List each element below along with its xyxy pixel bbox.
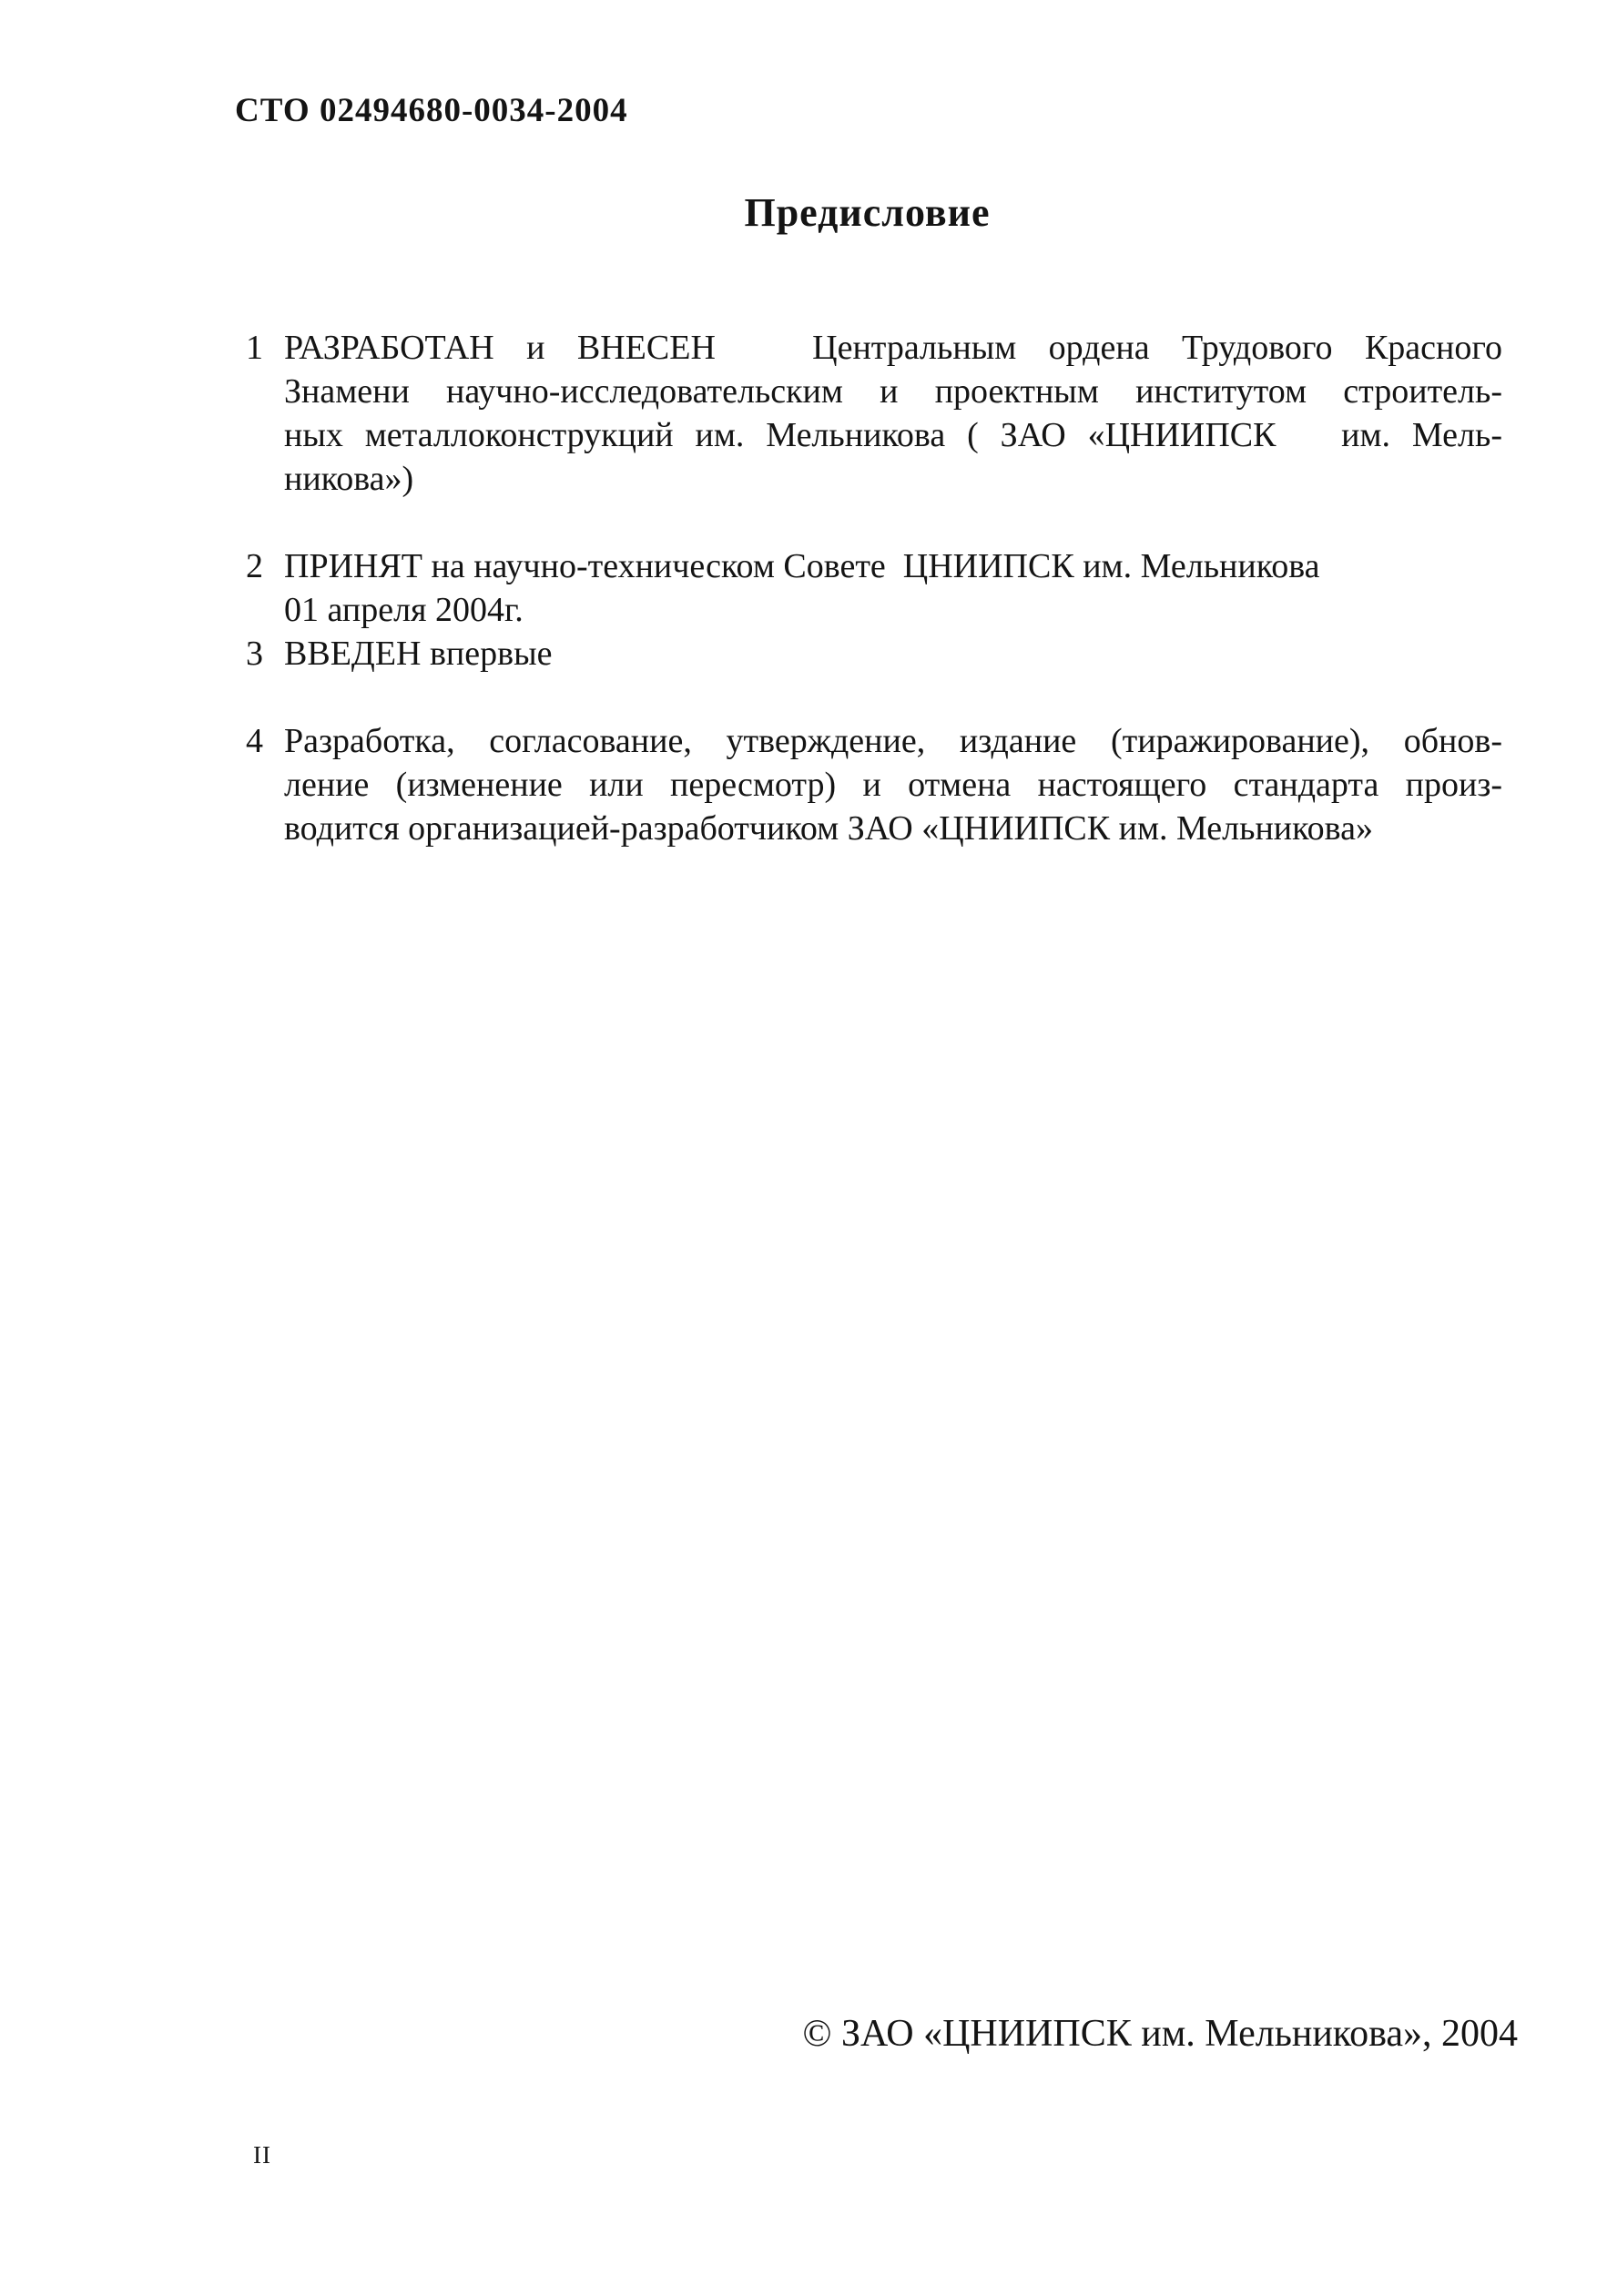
text-line: никова») [284,457,1502,501]
foreword-item-3: 3 ВВЕДЕН впервые [246,632,1502,676]
text-line: водится организацией-разработчиком ЗАО «… [284,807,1502,850]
page-title: Предисловие [232,189,1502,236]
document-code: СТО 02494680-0034-2004 [235,91,628,130]
item-text: ВВЕДЕН впервые [284,632,1502,676]
text-line: Разработка, согласование, утверждение, и… [284,719,1502,763]
item-text: Разработка, согласование, утверждение, и… [284,719,1502,850]
item-text: РАЗРАБОТАН и ВНЕСЕН Центральным ордена Т… [284,326,1502,501]
foreword-item-2: 2 ПРИНЯТ на научно-техническом Совете ЦН… [246,544,1502,632]
copyright-line: © ЗАО «ЦНИИПСК им. Мельникова», 2004 [803,2012,1518,2056]
item-number: 1 [246,326,284,370]
page-number: II [253,2141,271,2169]
text-line: Знамени научно-исследовательским и проек… [284,370,1502,413]
foreword-item-4: 4 Разработка, согласование, утверждение,… [246,719,1502,850]
document-page: СТО 02494680-0034-2004 Предисловие 1 РАЗ… [0,0,1597,2296]
text-line: ВВЕДЕН впервые [284,632,1502,676]
item-number: 2 [246,544,284,588]
item-number: 3 [246,632,284,676]
foreword-item-1: 1 РАЗРАБОТАН и ВНЕСЕН Центральным ордена… [246,326,1502,501]
text-line: ПРИНЯТ на научно-техническом Совете ЦНИИ… [284,544,1502,588]
text-line: 01 апреля 2004г. [284,588,1502,632]
item-number: 4 [246,719,284,763]
text-line: РАЗРАБОТАН и ВНЕСЕН Центральным ордена Т… [284,326,1502,370]
foreword-list: 1 РАЗРАБОТАН и ВНЕСЕН Центральным ордена… [246,326,1502,850]
item-text: ПРИНЯТ на научно-техническом Совете ЦНИИ… [284,544,1502,632]
text-line: ных металлоконструкций им. Мельникова ( … [284,413,1502,457]
text-line: ление (изменение или пересмотр) и отмена… [284,763,1502,807]
